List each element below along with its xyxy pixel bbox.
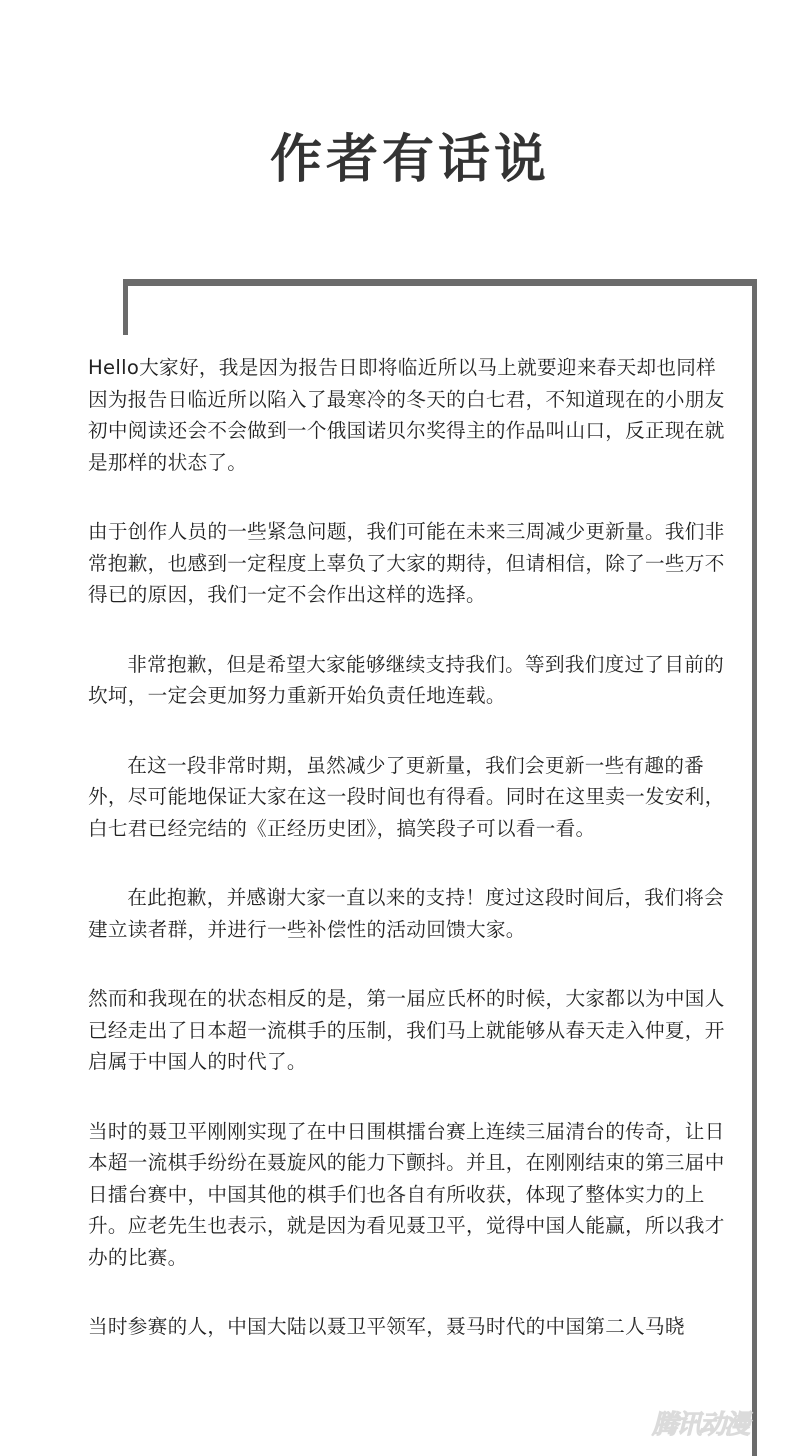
paragraph-2: 由于创作人员的一些紧急问题，我们可能在未来三周减少更新量。我们非常抱歉，也感到一… xyxy=(88,516,728,611)
frame-border-right xyxy=(752,279,757,1456)
paragraph-6: 然而和我现在的状态相反的是，第一届应氏杯的时候，大家都以为中国人已经走出了日本超… xyxy=(88,983,728,1078)
frame-border-left xyxy=(123,279,128,335)
page-title: 作者有话说 xyxy=(0,122,800,198)
paragraph-7: 当时的聂卫平刚刚实现了在中日围棋擂台赛上连续三届清台的传奇，让日本超一流棋手纷纷… xyxy=(88,1116,728,1274)
frame-border-top xyxy=(123,279,756,286)
watermark-logo: 腾讯动漫 xyxy=(652,1404,748,1441)
paragraph-8: 当时参赛的人，中国大陆以聂卫平领军，聂马时代的中国第二人马晓 xyxy=(88,1311,728,1343)
paragraph-1: Hello大家好，我是因为报告日即将临近所以马上就要迎来春天却也同样因为报告日临… xyxy=(88,352,728,478)
paragraph-3: 非常抱歉，但是希望大家能够继续支持我们。等到我们度过了目前的坎坷，一定会更加努力… xyxy=(88,649,728,712)
article-body: Hello大家好，我是因为报告日即将临近所以马上就要迎来春天却也同样因为报告日临… xyxy=(88,352,728,1381)
paragraph-5: 在此抱歉，并感谢大家一直以来的支持！度过这段时间后，我们将会建立读者群，并进行一… xyxy=(88,882,728,945)
paragraph-4: 在这一段非常时期，虽然减少了更新量，我们会更新一些有趣的番外，尽可能地保证大家在… xyxy=(88,750,728,845)
